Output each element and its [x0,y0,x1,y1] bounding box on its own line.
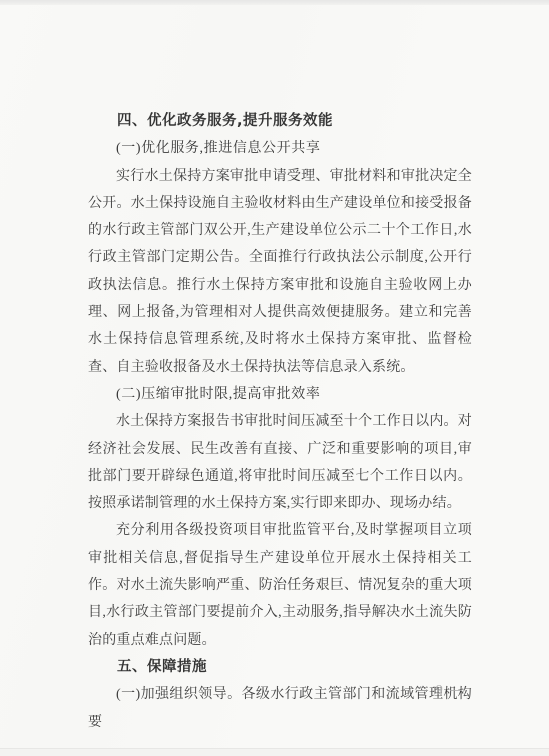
section-heading-5: 五、保障措施 [88,654,472,681]
paragraph-info-disclosure: 实行水土保持方案审批申请受理、审批材料和审批决定全公开。水土保持设施自主验收材料… [88,163,472,381]
subsection-heading-4-2: (二)压缩审批时限,提高审批效率 [88,381,472,408]
paragraph-approval-time-limit: 水土保持方案报告书审批时间压减至十个工作日以内。对经济社会发展、民生改善有直接、… [88,408,472,517]
document-page: 四、优化政务服务,提升服务效能 (一)优化服务,推进信息公开共享 实行水土保持方… [0,0,549,756]
page-number: — 9 — [404,682,476,698]
scan-edge-top [0,0,549,5]
paragraph-investment-platform: 充分利用各级投资项目审批监管平台,及时掌握项目立项审批相关信息,督促指导生产建设… [88,517,472,653]
subsection-heading-4-1: (一)优化服务,推进信息公开共享 [88,135,472,162]
scan-edge-bottom [0,748,549,756]
section-heading-4: 四、优化政务服务,提升服务效能 [88,108,472,135]
document-body: 四、优化政务服务,提升服务效能 (一)优化服务,推进信息公开共享 实行水土保持方… [88,108,472,736]
